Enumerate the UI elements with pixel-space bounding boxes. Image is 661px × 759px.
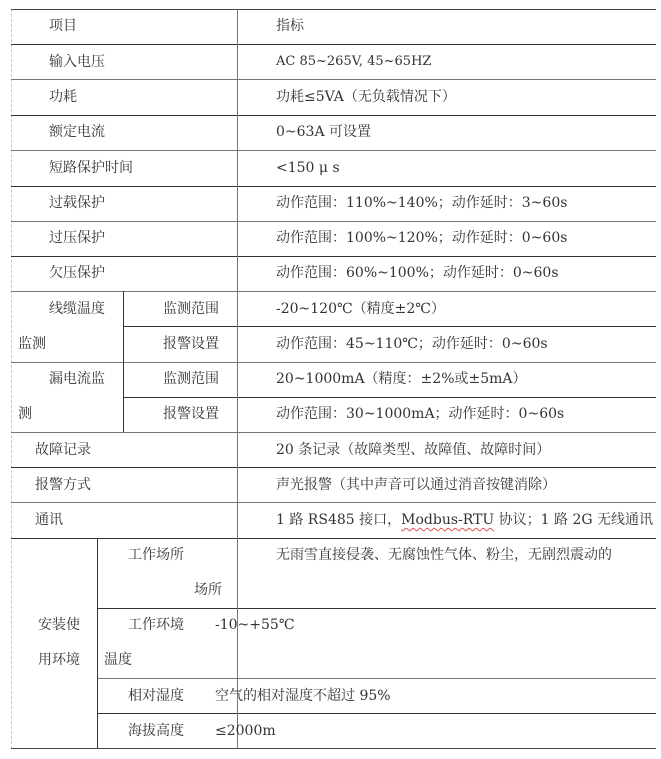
sub-spec: 动作范围：30~1000mA；动作延时：0~60s [276, 404, 564, 424]
spec-table: 项目 指标 输入电压 AC 85~265V, 45~65HZ 功耗 功耗≤5VA… [0, 0, 661, 759]
row-spec: 动作范围：110%~140%；动作延时：3~60s [276, 193, 567, 213]
row-spec: 20 条记录（故障类型、故障值、故障时间） [276, 440, 550, 460]
row-item: 报警方式 [35, 475, 91, 495]
group-label-line1: 安装使 [38, 615, 80, 635]
rule [11, 9, 656, 10]
comm-spec-pre: 1 路 RS485 接口， [276, 512, 401, 528]
sub-item: 相对湿度 [128, 686, 184, 706]
row-item: 故障记录 [35, 440, 91, 460]
sub-item-line2: 温度 [104, 650, 132, 670]
row-spec: 声光报警（其中声音可以通过消音按键消除） [276, 475, 556, 495]
comm-spec-protocol: Modbus-RTU [401, 512, 494, 528]
sub-item: 海拔高度 [128, 721, 184, 741]
sub-item-line1: 工作环境 [128, 615, 184, 635]
header-spec: 指标 [276, 16, 304, 36]
rule [11, 538, 656, 539]
rule [11, 150, 656, 151]
rule [97, 678, 656, 679]
rule [97, 713, 656, 714]
group-label-line1: 线缆温度 [49, 299, 105, 319]
rule [11, 186, 656, 187]
row-item: 通讯 [35, 510, 63, 530]
group-label-line2: 测 [18, 404, 32, 424]
sub-spec-line2: 场所 [194, 580, 222, 600]
rule [11, 79, 656, 80]
sub-item: 报警设置 [163, 334, 219, 354]
row-item: 过压保护 [49, 228, 105, 248]
rule [123, 397, 656, 398]
column-divider [237, 9, 238, 749]
row-spec: 0~63A 可设置 [276, 122, 371, 142]
rule [11, 432, 656, 433]
group-label-line2: 监测 [18, 334, 46, 354]
sub-item: 监测范围 [163, 299, 219, 319]
left-margin-guide [11, 9, 12, 749]
comm-spec-post: 协议；1 路 2G 无线通讯 [494, 512, 653, 528]
rule [97, 608, 656, 609]
group-label-line2: 用环境 [38, 650, 80, 670]
sub-spec: -20~120℃（精度±2℃） [276, 299, 445, 319]
rule [11, 44, 656, 45]
group-label-line1: 漏电流监 [49, 369, 105, 389]
row-spec: 功耗≤5VA（无负载情况下） [276, 87, 456, 107]
sub-item: 工作场所 [128, 545, 184, 565]
sub-item: 监测范围 [163, 369, 219, 389]
rule [11, 362, 656, 363]
rule [11, 748, 656, 749]
sub-spec: 动作范围：45~110℃；动作延时：0~60s [276, 334, 548, 354]
sub-spec-line1: 无雨雪直接侵袭、无腐蚀性气体、粉尘，无剧烈震动的 [276, 545, 612, 565]
row-item: 额定电流 [49, 122, 105, 142]
row-spec: AC 85~265V, 45~65HZ [276, 52, 431, 72]
rule [11, 291, 656, 292]
row-spec: 动作范围：60%~100%；动作延时：0~60s [276, 263, 559, 283]
rule [11, 502, 656, 503]
rule [11, 115, 656, 116]
rule [11, 467, 656, 468]
sub-column-divider [97, 538, 98, 748]
row-spec: <150 μ s [276, 158, 340, 178]
sub-spec: ≤2000m [215, 721, 276, 741]
row-item: 短路保护时间 [49, 158, 133, 178]
sub-column-divider [123, 291, 124, 432]
row-spec: 动作范围：100%~120%；动作延时：0~60s [276, 228, 567, 248]
header-item: 项目 [49, 16, 77, 36]
rule [11, 256, 656, 257]
sub-spec: -10~+55℃ [215, 615, 294, 635]
row-item: 输入电压 [49, 52, 105, 72]
sub-item: 报警设置 [163, 404, 219, 424]
sub-spec: 空气的相对湿度不超过 95% [215, 686, 391, 706]
row-spec: 1 路 RS485 接口，Modbus-RTU 协议；1 路 2G 无线通讯 [276, 510, 653, 530]
rule [123, 326, 656, 327]
row-item: 功耗 [49, 87, 77, 107]
rule [11, 221, 656, 222]
row-item: 欠压保护 [49, 263, 105, 283]
row-item: 过载保护 [49, 193, 105, 213]
sub-spec: 20~1000mA（精度：±2%或±5mA） [276, 369, 527, 389]
